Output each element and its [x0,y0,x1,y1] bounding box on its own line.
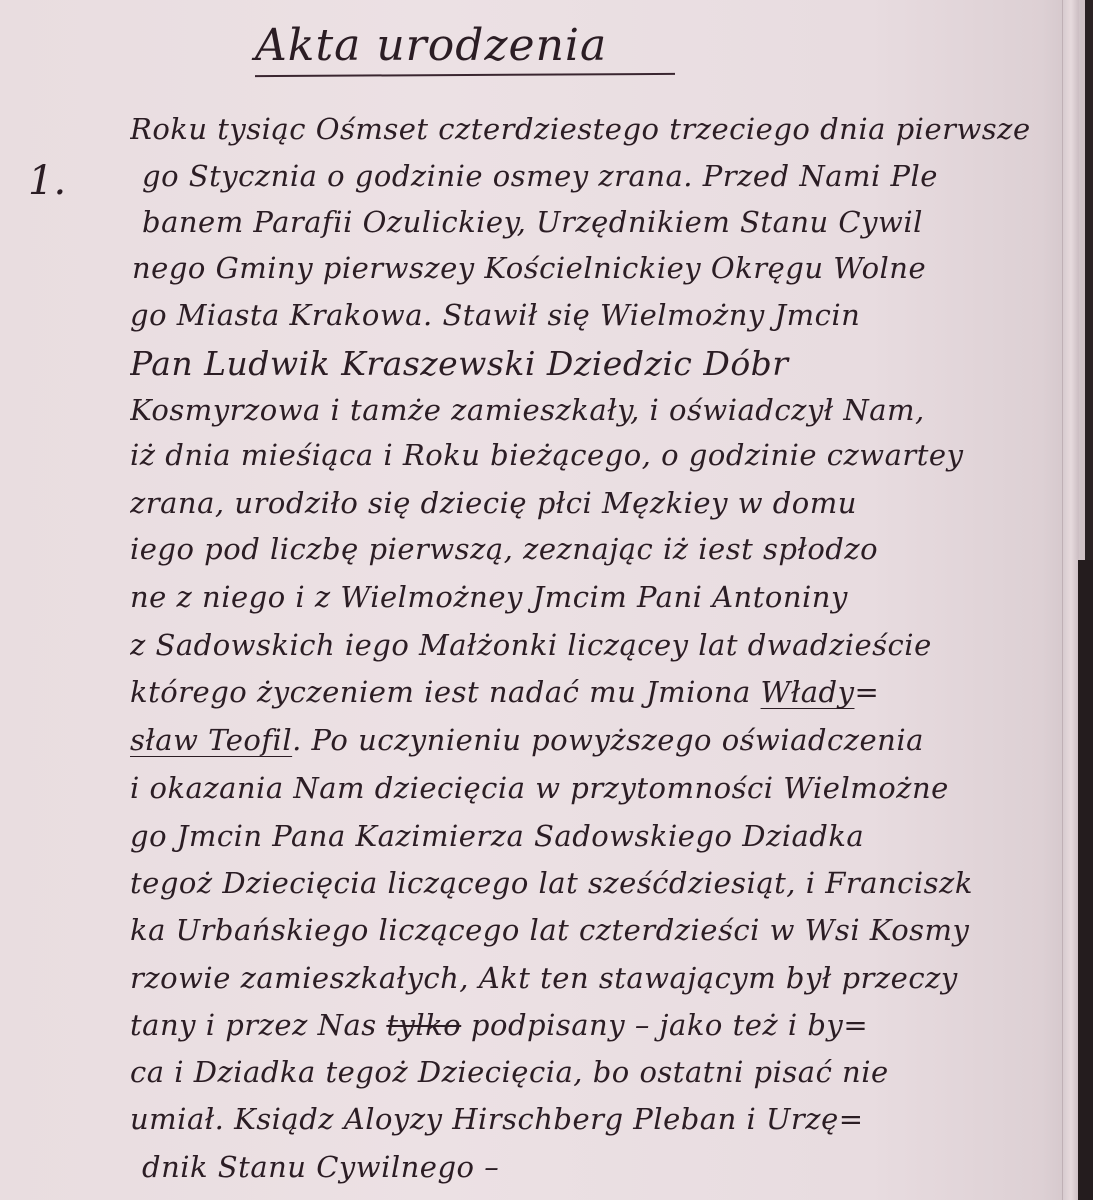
text-segment: tany i przez Nas [130,1008,386,1042]
text-line-7: Kosmyrzowa i tamże zamieszkały, i oświad… [130,393,1060,427]
text-line-4: nego Gminy pierwszey Kościelnickiey Okrę… [132,251,1062,285]
child-name-part-2: sław Teofil [130,723,292,757]
manuscript-page: Akta urodzenia 1. Roku tysiąc Ośmset czt… [0,0,1085,1200]
book-binding-shadow [1078,560,1093,1200]
page-edge [1062,0,1079,1200]
text-line-8: iż dnia mieśiąca i Roku bieżącego, o god… [130,438,1060,472]
text-line-21: ca i Dziadka tegoż Dziecięcia, bo ostatn… [130,1055,1060,1089]
document-title: Akta urodzenia [255,20,607,71]
text-line-16: go Jmcin Pana Kazimierza Sadowskiego Dzi… [130,819,1060,853]
text-line-9: zrana, urodziło się dziecię płci Męzkiey… [130,486,1060,520]
entry-number: 1. [28,158,66,204]
text-line-17: tegoż Dziecięcia liczącego lat sześćdzie… [130,866,1060,900]
text-line-3: banem Parafii Ozulickiey, Urzędnikiem St… [142,205,1072,239]
struck-word: tylko [386,1008,461,1042]
text-line-11: ne z niego i z Wielmożney Jmcim Pani Ant… [130,580,1060,614]
text-segment: . Po uczynieniu powyższego oświadczenia [292,723,924,757]
text-segment: którego życzeniem iest nadać mu Jmiona [130,675,761,709]
text-line-2: go Stycznia o godzinie osmey zrana. Prze… [142,159,1072,193]
text-line-14: sław Teofil. Po uczynieniu powyższego oś… [130,723,1060,757]
text-line-15: i okazania Nam dziecięcia w przytomności… [130,771,1060,805]
text-line-5: go Miasta Krakowa. Stawił się Wielmożny … [130,298,1060,332]
text-line-18: ka Urbańskiego liczącego lat czterdzieśc… [130,913,1060,947]
text-line-19: rzowie zamieszkałych, Akt ten stawającym… [130,961,1060,995]
text-line-22-signature: umiał. Ksiądz Aloyzy Hirschberg Pleban i… [130,1102,1060,1136]
text-line-20: tany i przez Nas tylko podpisany – jako … [130,1008,1060,1042]
text-line-12: z Sadowskich iego Małżonki liczącey lat … [130,628,1060,662]
title-underline [255,73,675,77]
child-name-part-1: Włady [761,675,855,709]
text-line-6-father-name: Pan Ludwik Kraszewski Dziedzic Dóbr [130,344,1060,383]
text-segment: podpisany – jako też i by= [461,1008,868,1042]
text-segment: = [855,675,880,709]
text-line-23: dnik Stanu Cywilnego – [142,1150,1072,1184]
text-line-10: iego pod liczbę pierwszą, zeznając iż ie… [130,532,1060,566]
text-line-13: którego życzeniem iest nadać mu Jmiona W… [130,675,1060,709]
text-line-1: Roku tysiąc Ośmset czterdziestego trzeci… [130,112,1060,146]
